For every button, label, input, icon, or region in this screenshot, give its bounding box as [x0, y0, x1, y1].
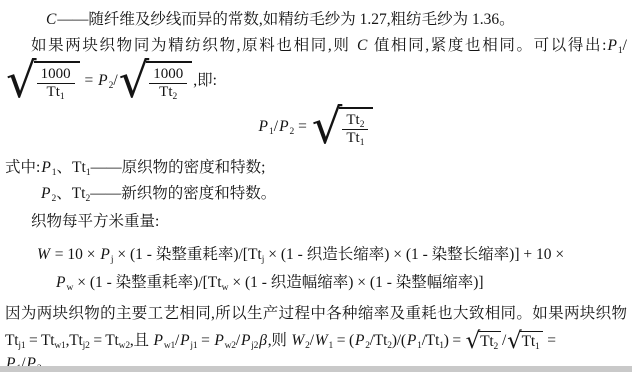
text-run: Tt	[5, 332, 18, 349]
radical-sign-icon: √	[312, 107, 343, 148]
line-para-equal: 如果两块织物同为精纺织物,原料也相同,则 C 值相同,紧度也相同。可以得出:P1…	[0, 33, 632, 59]
math-variable: P	[354, 332, 365, 349]
math-variable: P	[40, 159, 51, 176]
text-run: =	[544, 332, 556, 349]
text-run: × (1 - 染整重耗率)/[Tt	[114, 246, 262, 263]
math-variable: P	[153, 332, 164, 349]
math-variable: β	[258, 332, 268, 349]
sqrt-radical: √1000Tt2	[119, 61, 193, 102]
math-variable: W	[314, 332, 329, 349]
math-variable: P	[40, 185, 51, 202]
text-run: /Tt	[370, 332, 387, 349]
subscript: w2	[225, 341, 236, 351]
text-run: =	[81, 72, 98, 89]
text-run: Tt	[159, 84, 172, 100]
text-run: 、Tt	[56, 185, 85, 202]
radicand: Tt2Tt1	[339, 107, 373, 148]
denominator: Tt1	[344, 130, 366, 147]
radicand: Tt1	[520, 331, 543, 351]
math-variable: P	[258, 118, 269, 135]
text-run: × (1 - 染整重耗率)/[Tt	[73, 274, 221, 291]
subscript: j2	[83, 341, 90, 351]
radicand: Tt2	[478, 331, 501, 351]
text-run: ——原织物的密度和特数;	[91, 159, 266, 176]
text-run: Tt	[522, 333, 535, 350]
line-w-formula-1: W = 10 × Pj × (1 - 染整重耗率)/[Ttj × (1 - 织造…	[0, 241, 632, 269]
text-run: 1000	[153, 66, 183, 82]
math-variable: C	[45, 11, 57, 28]
text-run: /Tt	[422, 332, 439, 349]
subscript: w2	[119, 341, 130, 351]
line-constant-c: C——随纤维及纱线而异的常数,如精纺毛纱为 1.27,粗纺毛纱为 1.36。	[0, 7, 632, 33]
sqrt-radical: √1000Tt1	[6, 61, 80, 102]
math-variable: P	[406, 332, 417, 349]
math-variable: P	[606, 37, 617, 54]
text-run: × (1 - 织造长缩率) × (1 - 染整长缩率)] + 10 ×	[264, 246, 564, 263]
text-run: 如果两块织物同为精纺织物,原料也相同,则	[31, 37, 356, 54]
subscript: 2	[493, 342, 498, 352]
numerator: Tt2	[342, 112, 368, 130]
subscript: 1	[60, 92, 65, 102]
line-derivation-eq: √1000Tt1 = P2/√1000Tt2,即:	[0, 59, 632, 103]
numerator: 1000	[149, 66, 187, 84]
text-run: =	[294, 118, 311, 135]
page-bottom-edge	[0, 366, 632, 372]
text-run: Tt	[480, 333, 493, 350]
text-run: Tt	[47, 84, 60, 100]
fraction: Tt2Tt1	[342, 112, 368, 147]
text-run: Tt	[346, 130, 359, 146]
line-eq-chain: Ttj1 = Ttw1,Ttj2 = Ttw2,且 Pw1/Pj1 = Pw2/…	[0, 327, 632, 355]
subscript: w1	[54, 341, 65, 351]
text-run: ) =	[444, 332, 465, 349]
math-variable: P	[55, 274, 66, 291]
text-run: ——随纤维及纱线而异的常数,如精纺毛纱为 1.27,粗纺毛纱为 1.36。	[57, 11, 514, 28]
sqrt-radical: √Tt2	[466, 331, 501, 351]
math-variable: P	[99, 246, 110, 263]
text-run: × (1 - 织造幅缩率) × (1 - 染整幅缩率)]	[228, 274, 483, 291]
text-run: = Tt	[25, 332, 54, 349]
math-variable: W	[36, 246, 51, 263]
line-where-2: P2、Tt2——新织物的密度和特数。	[0, 181, 632, 207]
math-variable: P	[213, 332, 224, 349]
radical-sign-icon: √	[6, 61, 37, 102]
text-run: ,且	[130, 332, 153, 349]
text-run: =	[197, 332, 213, 349]
radicand: 1000Tt2	[146, 61, 192, 102]
denominator: Tt2	[157, 84, 179, 101]
line-w-formula-2: Pw × (1 - 染整重耗率)/[Ttw × (1 - 织造幅缩率) × (1…	[0, 269, 632, 297]
sqrt-radical: √Tt1	[507, 331, 542, 351]
text-run: 式中:	[5, 159, 40, 176]
radical-sign-icon: √	[119, 61, 150, 102]
text-run: )/(	[392, 332, 406, 349]
math-variable: P	[240, 332, 251, 349]
line-para-conclusion: 因为两块织物的主要工艺相同,所以生产过程中各种缩率及重耗也大致相同。如果两块织物	[0, 301, 632, 327]
text-run: 、Tt	[57, 159, 86, 176]
sqrt-radical: √Tt2Tt1	[312, 107, 374, 148]
text-run: ,即:	[193, 72, 217, 89]
math-variable: C	[356, 37, 368, 54]
text-run: ,Tt	[66, 332, 83, 349]
math-variable: P	[179, 332, 190, 349]
text-run: /	[113, 72, 117, 89]
radicand: 1000Tt1	[34, 61, 80, 102]
fraction: 1000Tt2	[149, 66, 187, 101]
subscript: 2	[173, 92, 178, 102]
subscript: 1	[360, 138, 365, 148]
subscript: 1	[535, 342, 540, 352]
text-run: ——新织物的密度和特数。	[90, 185, 276, 202]
denominator: Tt1	[45, 84, 67, 101]
text-run: 因为两块织物的主要工艺相同,所以生产过程中各种缩率及重耗也大致相同。如果两块织物	[5, 305, 627, 322]
text-run: 织物每平方米重量:	[31, 213, 159, 230]
line-display-eq: P1/P2 = √Tt2Tt1	[0, 103, 632, 151]
numerator: 1000	[37, 66, 75, 84]
text-run: Tt	[346, 112, 359, 128]
document-page: C——随纤维及纱线而异的常数,如精纺毛纱为 1.27,粗纺毛纱为 1.36。如果…	[0, 0, 632, 372]
document-lines: C——随纤维及纱线而异的常数,如精纺毛纱为 1.27,粗纺毛纱为 1.36。如果…	[0, 7, 632, 372]
line-weight-heading: 织物每平方米重量:	[0, 209, 632, 235]
text-run: 值相同,紧度也相同。可以得出:	[368, 37, 606, 54]
fraction: 1000Tt1	[37, 66, 75, 101]
subscript: 2	[360, 120, 365, 130]
subscript: w1	[164, 341, 175, 351]
math-variable: P	[97, 72, 108, 89]
text-run: = 10 ×	[51, 246, 99, 263]
text-run: = (	[333, 332, 354, 349]
math-variable: P	[278, 118, 289, 135]
line-where-1: 式中:P1、Tt1——原织物的密度和特数;	[0, 155, 632, 181]
text-run: /	[623, 37, 627, 54]
math-variable: W	[290, 332, 305, 349]
text-run: ,则	[268, 332, 291, 349]
text-run: = Tt	[90, 332, 119, 349]
text-run: /	[502, 332, 506, 349]
text-run: 1000	[41, 66, 71, 82]
